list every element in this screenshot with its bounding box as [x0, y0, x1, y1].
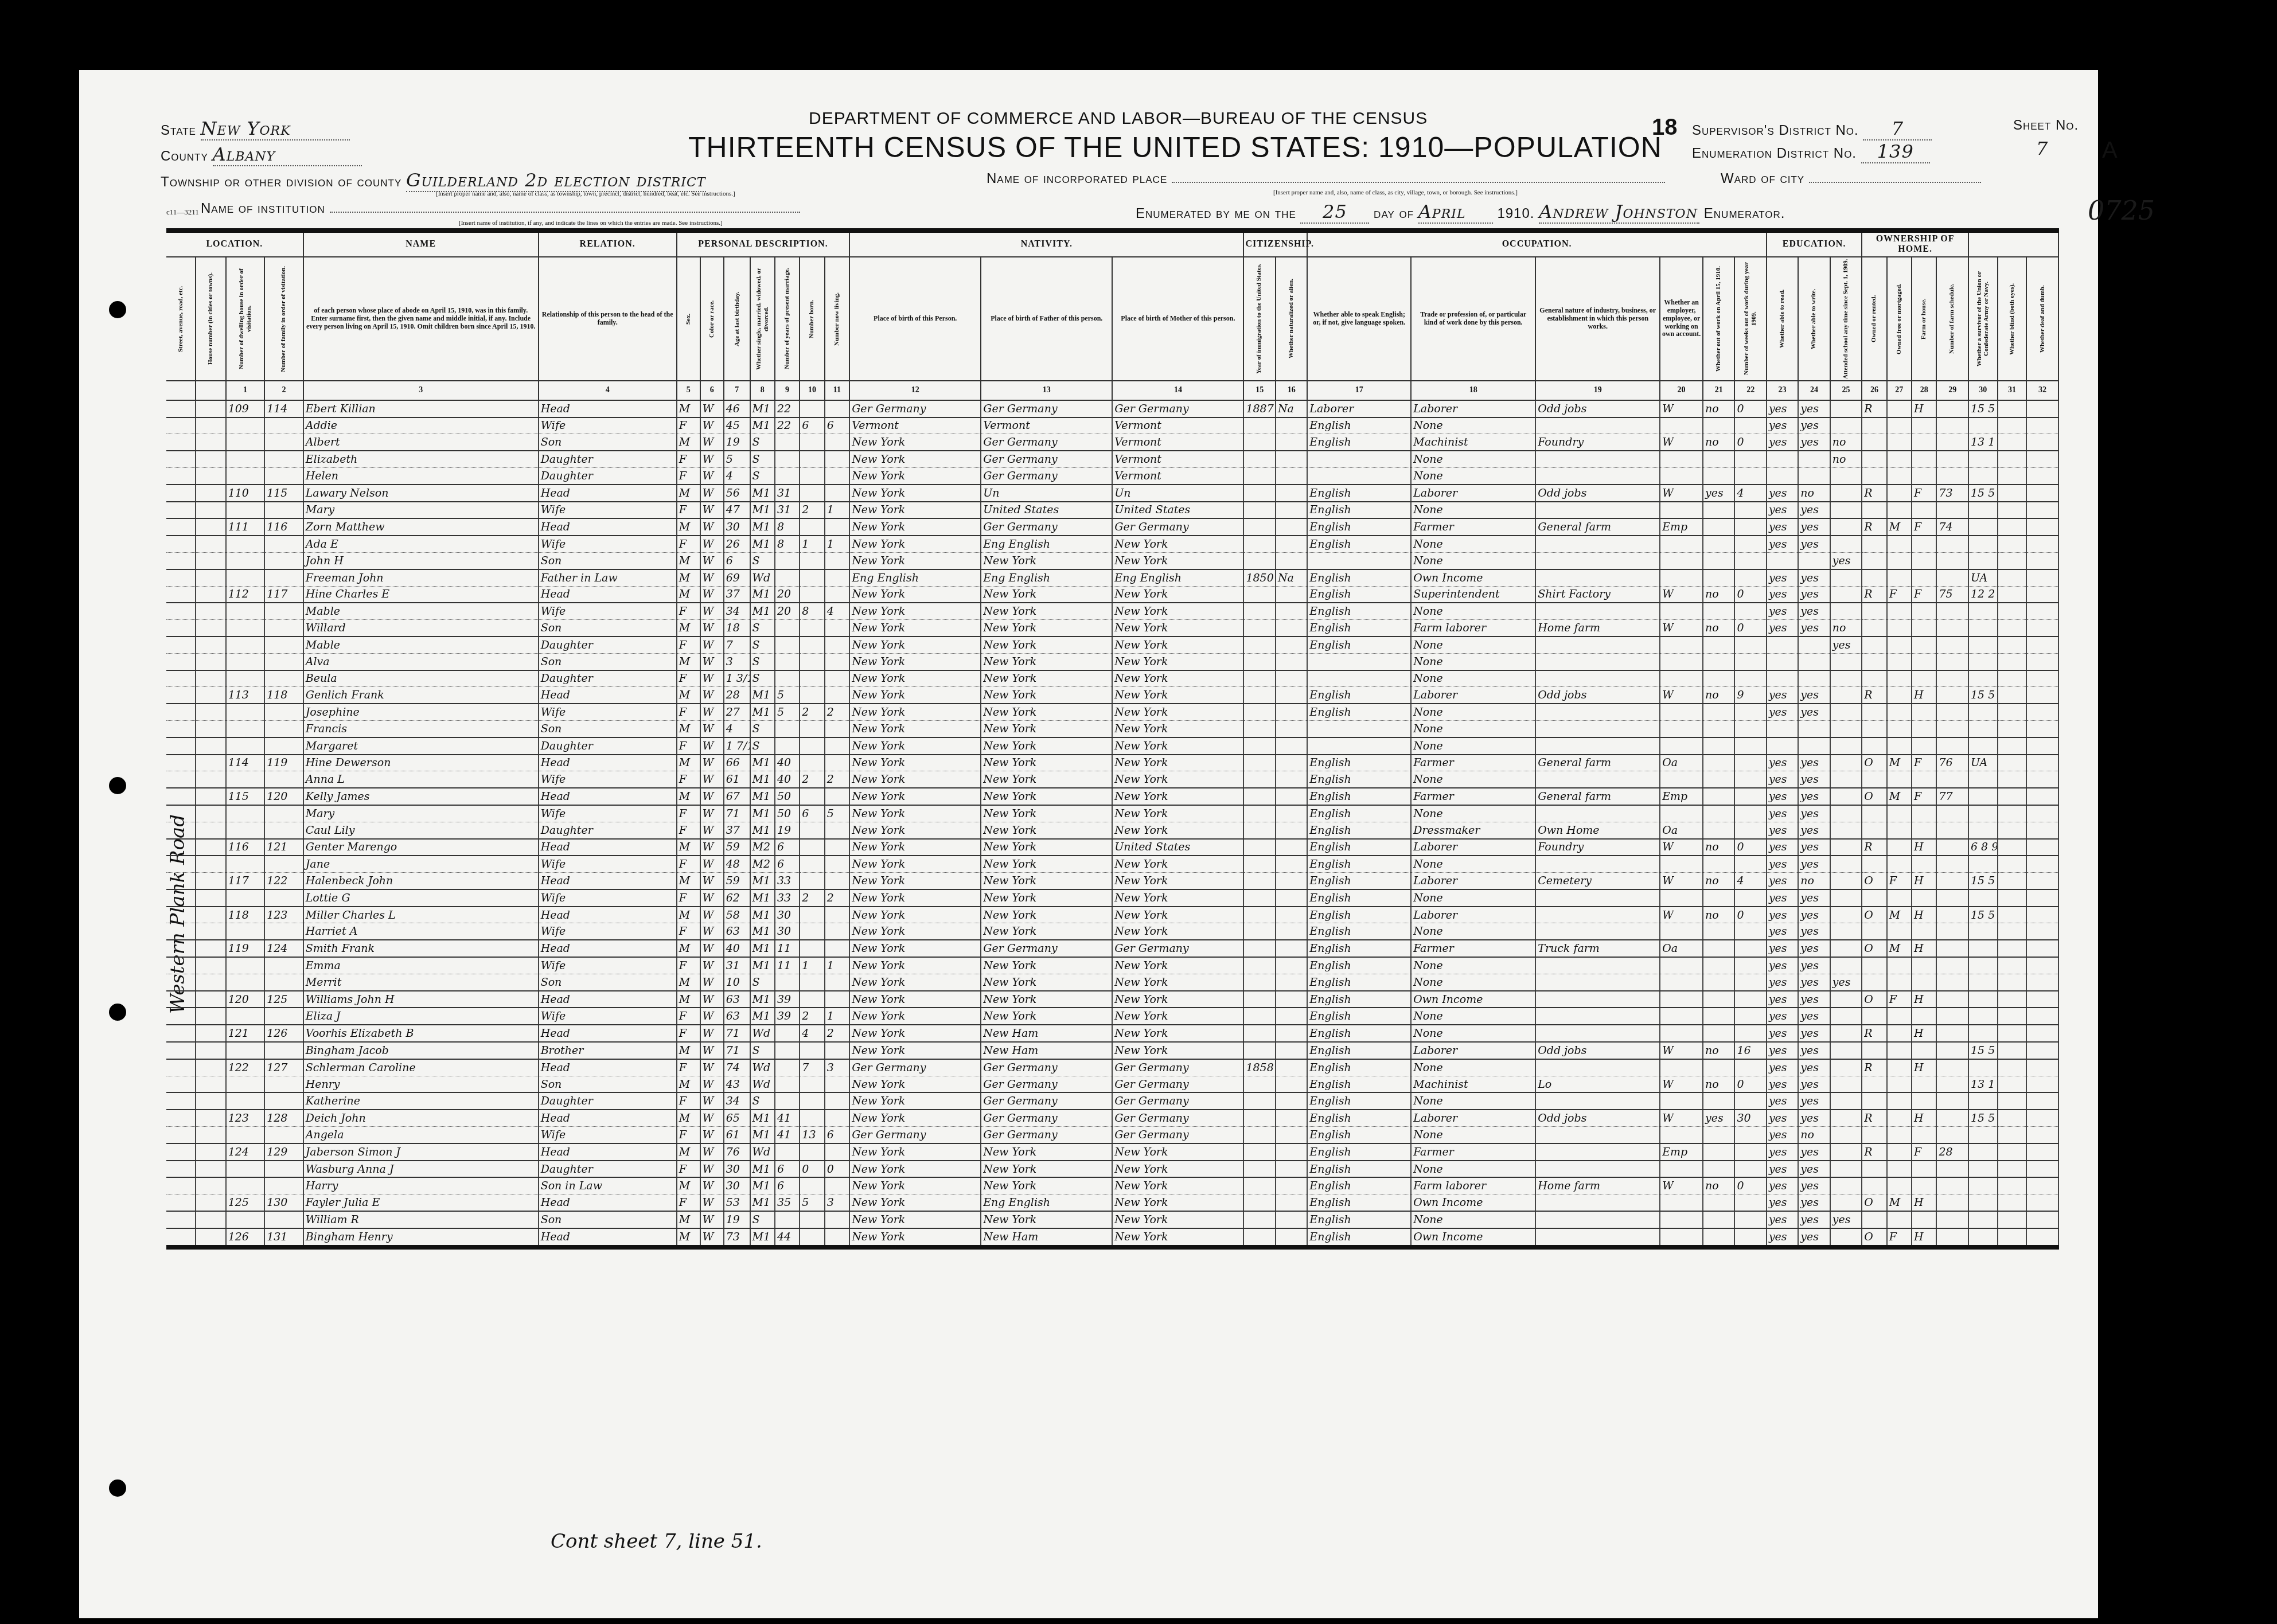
cell-bf: Ger Germany	[981, 1076, 1112, 1092]
cell-nat	[1276, 1194, 1307, 1211]
cell-name: Zorn Matthew	[303, 518, 539, 536]
cell-mar: M1	[750, 755, 775, 771]
cell-wks: 30	[1734, 1110, 1766, 1126]
cell-imm	[1243, 434, 1275, 451]
cell-sex: M	[677, 1042, 700, 1059]
cell-ind	[1535, 720, 1660, 737]
header-industry: General nature of industry, business, or…	[1535, 257, 1660, 381]
cell-extra	[1968, 974, 1998, 990]
cell-col: W	[700, 957, 724, 974]
cell-bf: New York	[981, 653, 1112, 670]
cell-name: Hine Charles E	[303, 586, 539, 603]
cell-name: Alva	[303, 653, 539, 670]
cell-age: 74	[724, 1059, 750, 1076]
cell-col: W	[700, 991, 724, 1008]
cell-fs: 74	[1936, 518, 1968, 536]
cell-liv: 3	[825, 1194, 849, 1211]
cell-fs	[1936, 1161, 1968, 1178]
cell-yrs: 41	[775, 1127, 800, 1143]
cell-fam	[264, 1161, 303, 1178]
cell-bp: New York	[849, 670, 981, 687]
cell-emp: Oa	[1660, 755, 1703, 771]
cell-empty	[1998, 907, 2027, 923]
cell-sex: M	[677, 687, 700, 704]
cell-imm	[1243, 1211, 1275, 1228]
cell-wr: yes	[1798, 805, 1830, 822]
punch-hole-bottom	[109, 1479, 126, 1497]
cell-fs: 28	[1936, 1143, 1968, 1161]
cell-empty	[166, 907, 196, 923]
census-row: ElizabethDaughterFW5SNew YorkGer Germany…	[166, 451, 2058, 467]
cell-wr	[1798, 637, 1830, 653]
cell-age: 66	[724, 755, 750, 771]
cell-trade: None	[1411, 653, 1535, 670]
cell-oow	[1703, 1127, 1734, 1143]
cell-sch	[1830, 873, 1862, 889]
cell-rel: Daughter	[539, 467, 677, 484]
cell-trade: Farm laborer	[1411, 1177, 1535, 1194]
cell-oow: no	[1703, 687, 1734, 704]
cell-lang: English	[1307, 856, 1411, 872]
cell-bm: New York	[1112, 1211, 1243, 1228]
cell-empty	[2026, 991, 2058, 1008]
cell-name: Genlich Frank	[303, 687, 539, 704]
cell-lang: English	[1307, 485, 1411, 502]
cell-empty	[2026, 1059, 2058, 1076]
cell-rel: Son	[539, 1211, 677, 1228]
cell-empty	[166, 502, 196, 519]
cell-born	[800, 451, 824, 467]
cell-fh	[1912, 603, 1936, 619]
cell-dw: 116	[226, 839, 265, 856]
cell-dw	[226, 856, 265, 872]
census-row: 125130Fayler Julia EHeadFW53M13553New Yo…	[166, 1194, 2058, 1211]
cell-fh	[1912, 670, 1936, 687]
cell-lang	[1307, 670, 1411, 687]
cell-fs	[1936, 1228, 1968, 1247]
cell-fh: H	[1912, 940, 1936, 957]
cell-empty	[2026, 451, 2058, 467]
cell-sch: yes	[1830, 552, 1862, 569]
cell-sch	[1830, 1177, 1862, 1194]
cell-col: W	[700, 687, 724, 704]
cell-imm	[1243, 620, 1275, 637]
cell-ind	[1535, 552, 1660, 569]
cell-empty	[166, 889, 196, 907]
cell-wr: yes	[1798, 974, 1830, 990]
cell-dw	[226, 434, 265, 451]
cell-fam	[264, 637, 303, 653]
cell-mort	[1887, 974, 1912, 990]
cell-sex: F	[677, 805, 700, 822]
cell-empty	[166, 417, 196, 434]
cell-born	[800, 737, 824, 755]
cell-bm: New York	[1112, 704, 1243, 720]
cell-extra	[1968, 940, 1998, 957]
cell-wr	[1798, 720, 1830, 737]
cell-imm: 1858	[1243, 1059, 1275, 1076]
cell-fh: H	[1912, 839, 1936, 856]
cell-empty	[196, 603, 226, 619]
cell-empty	[2026, 518, 2058, 536]
cell-yrs: 11	[775, 940, 800, 957]
cell-rel: Son	[539, 720, 677, 737]
cell-empty	[2026, 586, 2058, 603]
cell-dw	[226, 1042, 265, 1059]
cell-bp: New York	[849, 653, 981, 670]
cell-fs	[1936, 502, 1968, 519]
cell-wks: 0	[1734, 1177, 1766, 1194]
census-row: 115120Kelly JamesHeadMW67M150New YorkNew…	[166, 788, 2058, 805]
cell-imm	[1243, 923, 1275, 940]
cell-liv	[825, 653, 849, 670]
cell-own	[1862, 451, 1886, 467]
cell-fh	[1912, 1008, 1936, 1025]
cell-mar: S	[750, 720, 775, 737]
cell-fs: 77	[1936, 788, 1968, 805]
cell-rd	[1767, 720, 1798, 737]
cell-ind: General farm	[1535, 518, 1660, 536]
cell-mar: M1	[750, 805, 775, 822]
cell-trade: Farm laborer	[1411, 620, 1535, 637]
cell-rel: Head	[539, 788, 677, 805]
cell-fam	[264, 434, 303, 451]
cell-imm	[1243, 1008, 1275, 1025]
cell-fh: H	[1912, 1228, 1936, 1247]
cell-empty	[2026, 737, 2058, 755]
cell-rd: yes	[1767, 1194, 1798, 1211]
cell-emp	[1660, 502, 1703, 519]
cell-dw: 111	[226, 518, 265, 536]
cell-empty	[2026, 856, 2058, 872]
cell-name: Halenbeck John	[303, 873, 539, 889]
cell-fam	[264, 1211, 303, 1228]
cell-empty	[166, 974, 196, 990]
cell-ind	[1535, 1092, 1660, 1110]
cell-bm: New York	[1112, 788, 1243, 805]
census-row: AlvaSonMW3SNew YorkNew YorkNew YorkNone	[166, 653, 2058, 670]
cell-wks	[1734, 1127, 1766, 1143]
cell-yrs: 39	[775, 1008, 800, 1025]
cell-bf: New York	[981, 923, 1112, 940]
cell-ind: Home farm	[1535, 620, 1660, 637]
cell-mar: S	[750, 451, 775, 467]
cell-bf: New York	[981, 856, 1112, 872]
cell-nat	[1276, 502, 1307, 519]
cell-trade: None	[1411, 1025, 1535, 1042]
cell-nat	[1276, 536, 1307, 552]
cell-liv	[825, 467, 849, 484]
cell-empty	[196, 451, 226, 467]
column-number: 22	[1734, 381, 1766, 400]
cell-bf: New York	[981, 620, 1112, 637]
cell-empty	[1998, 771, 2027, 788]
cell-sex: M	[677, 720, 700, 737]
cell-empty	[2026, 400, 2058, 417]
cell-oow	[1703, 536, 1734, 552]
column-number: 5	[677, 381, 700, 400]
cell-mar: M1	[750, 822, 775, 838]
cell-bp: New York	[849, 873, 981, 889]
cell-ind	[1535, 1127, 1660, 1143]
cell-wks: 16	[1734, 1042, 1766, 1059]
cell-bp: Eng English	[849, 569, 981, 586]
cell-mar: Wd	[750, 1059, 775, 1076]
cell-rd: yes	[1767, 1025, 1798, 1042]
cell-ind	[1535, 1008, 1660, 1025]
cell-rel: Wife	[539, 856, 677, 872]
cell-oow	[1703, 1161, 1734, 1178]
cell-empty	[2026, 1025, 2058, 1042]
cell-col: W	[700, 485, 724, 502]
cell-empty	[2026, 957, 2058, 974]
header-naturalized: Whether naturalized or alien.	[1276, 257, 1307, 381]
county-field: County Albany	[161, 143, 362, 166]
cell-rel: Son	[539, 653, 677, 670]
cell-emp: Oa	[1660, 940, 1703, 957]
cell-oow: no	[1703, 907, 1734, 923]
cell-yrs: 33	[775, 889, 800, 907]
cell-fam	[264, 822, 303, 838]
cell-dw: 113	[226, 687, 265, 704]
cell-fh	[1912, 923, 1936, 940]
cell-wks	[1734, 451, 1766, 467]
group-personal: PERSONAL DESCRIPTION.	[677, 231, 849, 257]
cell-oow	[1703, 1143, 1734, 1161]
cell-nat	[1276, 940, 1307, 957]
cell-extra	[1968, 653, 1998, 670]
cell-fs	[1936, 620, 1968, 637]
cell-empty	[1998, 1092, 2027, 1110]
cell-ind	[1535, 704, 1660, 720]
cell-dw	[226, 704, 265, 720]
cell-ind: General farm	[1535, 755, 1660, 771]
cell-liv: 1	[825, 1008, 849, 1025]
census-row: MaryWifeFW47M13121New YorkUnited StatesU…	[166, 502, 2058, 519]
cell-liv	[825, 1143, 849, 1161]
cell-sch	[1830, 1194, 1862, 1211]
cell-liv	[825, 485, 849, 502]
cell-own	[1862, 552, 1886, 569]
cell-age: 30	[724, 518, 750, 536]
cell-nat	[1276, 620, 1307, 637]
cell-nat	[1276, 704, 1307, 720]
cell-sch	[1830, 670, 1862, 687]
cell-empty	[166, 1008, 196, 1025]
cell-rd: yes	[1767, 569, 1798, 586]
cell-wr: yes	[1798, 569, 1830, 586]
cell-empty	[196, 720, 226, 737]
cell-extra	[1968, 1211, 1998, 1228]
cell-rd: yes	[1767, 687, 1798, 704]
cell-dw: 123	[226, 1110, 265, 1126]
cell-bp: New York	[849, 485, 981, 502]
cell-dw	[226, 502, 265, 519]
cell-mort	[1887, 1092, 1912, 1110]
cell-extra: 15 5 9 8	[1968, 907, 1998, 923]
census-row: 117122Halenbeck JohnHeadMW59M133New York…	[166, 873, 2058, 889]
cell-name: Mable	[303, 637, 539, 653]
cell-fs	[1936, 957, 1968, 974]
cell-yrs	[775, 1059, 800, 1076]
cell-emp: W	[1660, 1042, 1703, 1059]
cell-rd: yes	[1767, 974, 1798, 990]
census-row: JosephineWifeFW27M1522New YorkNew YorkNe…	[166, 704, 2058, 720]
cell-nat	[1276, 974, 1307, 990]
cell-nat	[1276, 957, 1307, 974]
cell-sch: no	[1830, 620, 1862, 637]
cell-liv: 6	[825, 417, 849, 434]
cell-empty	[2026, 1211, 2058, 1228]
cell-imm	[1243, 737, 1275, 755]
cell-mar: M1	[750, 788, 775, 805]
cell-born	[800, 569, 824, 586]
cell-fam: 131	[264, 1228, 303, 1247]
cell-rd: yes	[1767, 1143, 1798, 1161]
cell-imm	[1243, 907, 1275, 923]
cell-liv	[825, 400, 849, 417]
cell-name: Lawary Nelson	[303, 485, 539, 502]
cell-rel: Head	[539, 873, 677, 889]
cell-own	[1862, 569, 1886, 586]
cell-lang: English	[1307, 805, 1411, 822]
cell-dw	[226, 771, 265, 788]
cell-col: W	[700, 417, 724, 434]
cell-empty	[1998, 839, 2027, 856]
cell-bf: New York	[981, 991, 1112, 1008]
cell-extra	[1968, 502, 1998, 519]
cell-mort: F	[1887, 991, 1912, 1008]
cell-yrs: 5	[775, 687, 800, 704]
census-row: FrancisSonMW4SNew YorkNew YorkNew YorkNo…	[166, 720, 2058, 737]
cell-mort: F	[1887, 873, 1912, 889]
cell-mar: M1	[750, 1194, 775, 1211]
cell-trade: None	[1411, 603, 1535, 619]
cell-ind	[1535, 637, 1660, 653]
header-farm-schedule: Number of farm schedule.	[1936, 257, 1968, 381]
county-value: Albany	[213, 143, 362, 166]
cell-fs	[1936, 1127, 1968, 1143]
cell-yrs	[775, 1143, 800, 1161]
cell-rd: yes	[1767, 822, 1798, 838]
header-living: Number now living.	[825, 257, 849, 381]
cell-bm: New York	[1112, 1143, 1243, 1161]
census-row: BeulaDaughterFW1 3/12SNew YorkNew YorkNe…	[166, 670, 2058, 687]
cell-rel: Daughter	[539, 451, 677, 467]
cell-empty	[196, 839, 226, 856]
cell-extra	[1968, 889, 1998, 907]
cell-name: Margaret	[303, 737, 539, 755]
cell-extra	[1968, 1177, 1998, 1194]
header-school: Attended school any time since Sept. 1, …	[1830, 257, 1862, 381]
cell-rd	[1767, 552, 1798, 569]
cell-nat	[1276, 755, 1307, 771]
cell-dw: 110	[226, 485, 265, 502]
cell-oow: no	[1703, 1076, 1734, 1092]
cell-ind	[1535, 1228, 1660, 1247]
cell-mar: M1	[750, 536, 775, 552]
cell-oow	[1703, 417, 1734, 434]
cell-rel: Wife	[539, 417, 677, 434]
cell-dw: 126	[226, 1228, 265, 1247]
cell-name: Mable	[303, 603, 539, 619]
cell-bm: New York	[1112, 755, 1243, 771]
cell-empty	[2026, 889, 2058, 907]
cell-mar: M1	[750, 518, 775, 536]
cell-liv: 2	[825, 771, 849, 788]
cell-empty	[166, 1059, 196, 1076]
cell-fs	[1936, 1177, 1968, 1194]
cell-rd: yes	[1767, 400, 1798, 417]
cell-mort	[1887, 1076, 1912, 1092]
census-row: 118123Miller Charles LHeadMW58M130New Yo…	[166, 907, 2058, 923]
cell-fs	[1936, 822, 1968, 838]
cell-fh	[1912, 1177, 1936, 1194]
cell-rel: Wife	[539, 704, 677, 720]
cell-lang: English	[1307, 755, 1411, 771]
cell-col: W	[700, 467, 724, 484]
cell-wr: yes	[1798, 620, 1830, 637]
cell-fh: H	[1912, 1059, 1936, 1076]
cell-fam	[264, 417, 303, 434]
cell-wks: 0	[1734, 620, 1766, 637]
cell-wks	[1734, 704, 1766, 720]
cell-fs	[1936, 687, 1968, 704]
cell-wr: yes	[1798, 417, 1830, 434]
cell-bf: Ger Germany	[981, 1110, 1112, 1126]
cell-bp: New York	[849, 720, 981, 737]
cell-empty	[196, 1110, 226, 1126]
cell-empty	[166, 856, 196, 872]
cell-emp: W	[1660, 839, 1703, 856]
cell-wr: yes	[1798, 957, 1830, 974]
cell-imm	[1243, 755, 1275, 771]
cell-empty	[196, 1228, 226, 1247]
cell-nat	[1276, 1211, 1307, 1228]
cell-extra	[1968, 704, 1998, 720]
cell-bp: New York	[849, 839, 981, 856]
enumerated-label: Enumerated by me on the	[1136, 206, 1296, 221]
cell-sch	[1830, 400, 1862, 417]
cell-name: Schlerman Caroline	[303, 1059, 539, 1076]
cell-col: W	[700, 788, 724, 805]
cell-bm: New York	[1112, 907, 1243, 923]
cell-own: R	[1862, 839, 1886, 856]
cell-mar: M1	[750, 485, 775, 502]
group-location: LOCATION.	[166, 231, 303, 257]
cell-own: O	[1862, 755, 1886, 771]
cell-imm	[1243, 1110, 1275, 1126]
cell-own	[1862, 502, 1886, 519]
cell-dw	[226, 822, 265, 838]
cell-mort	[1887, 400, 1912, 417]
column-number: 25	[1830, 381, 1862, 400]
cell-imm	[1243, 451, 1275, 467]
cell-emp: Emp	[1660, 518, 1703, 536]
cell-lang: English	[1307, 822, 1411, 838]
cell-name: Addie	[303, 417, 539, 434]
cell-imm	[1243, 1143, 1275, 1161]
cell-born	[800, 552, 824, 569]
cell-empty	[166, 771, 196, 788]
cell-bm: New York	[1112, 923, 1243, 940]
cell-own	[1862, 1127, 1886, 1143]
cell-yrs	[775, 720, 800, 737]
cell-trade: Laborer	[1411, 485, 1535, 502]
cell-rd: yes	[1767, 991, 1798, 1008]
cell-fs	[1936, 1211, 1968, 1228]
group-ownership: OWNERSHIP OF HOME.	[1862, 231, 1968, 257]
